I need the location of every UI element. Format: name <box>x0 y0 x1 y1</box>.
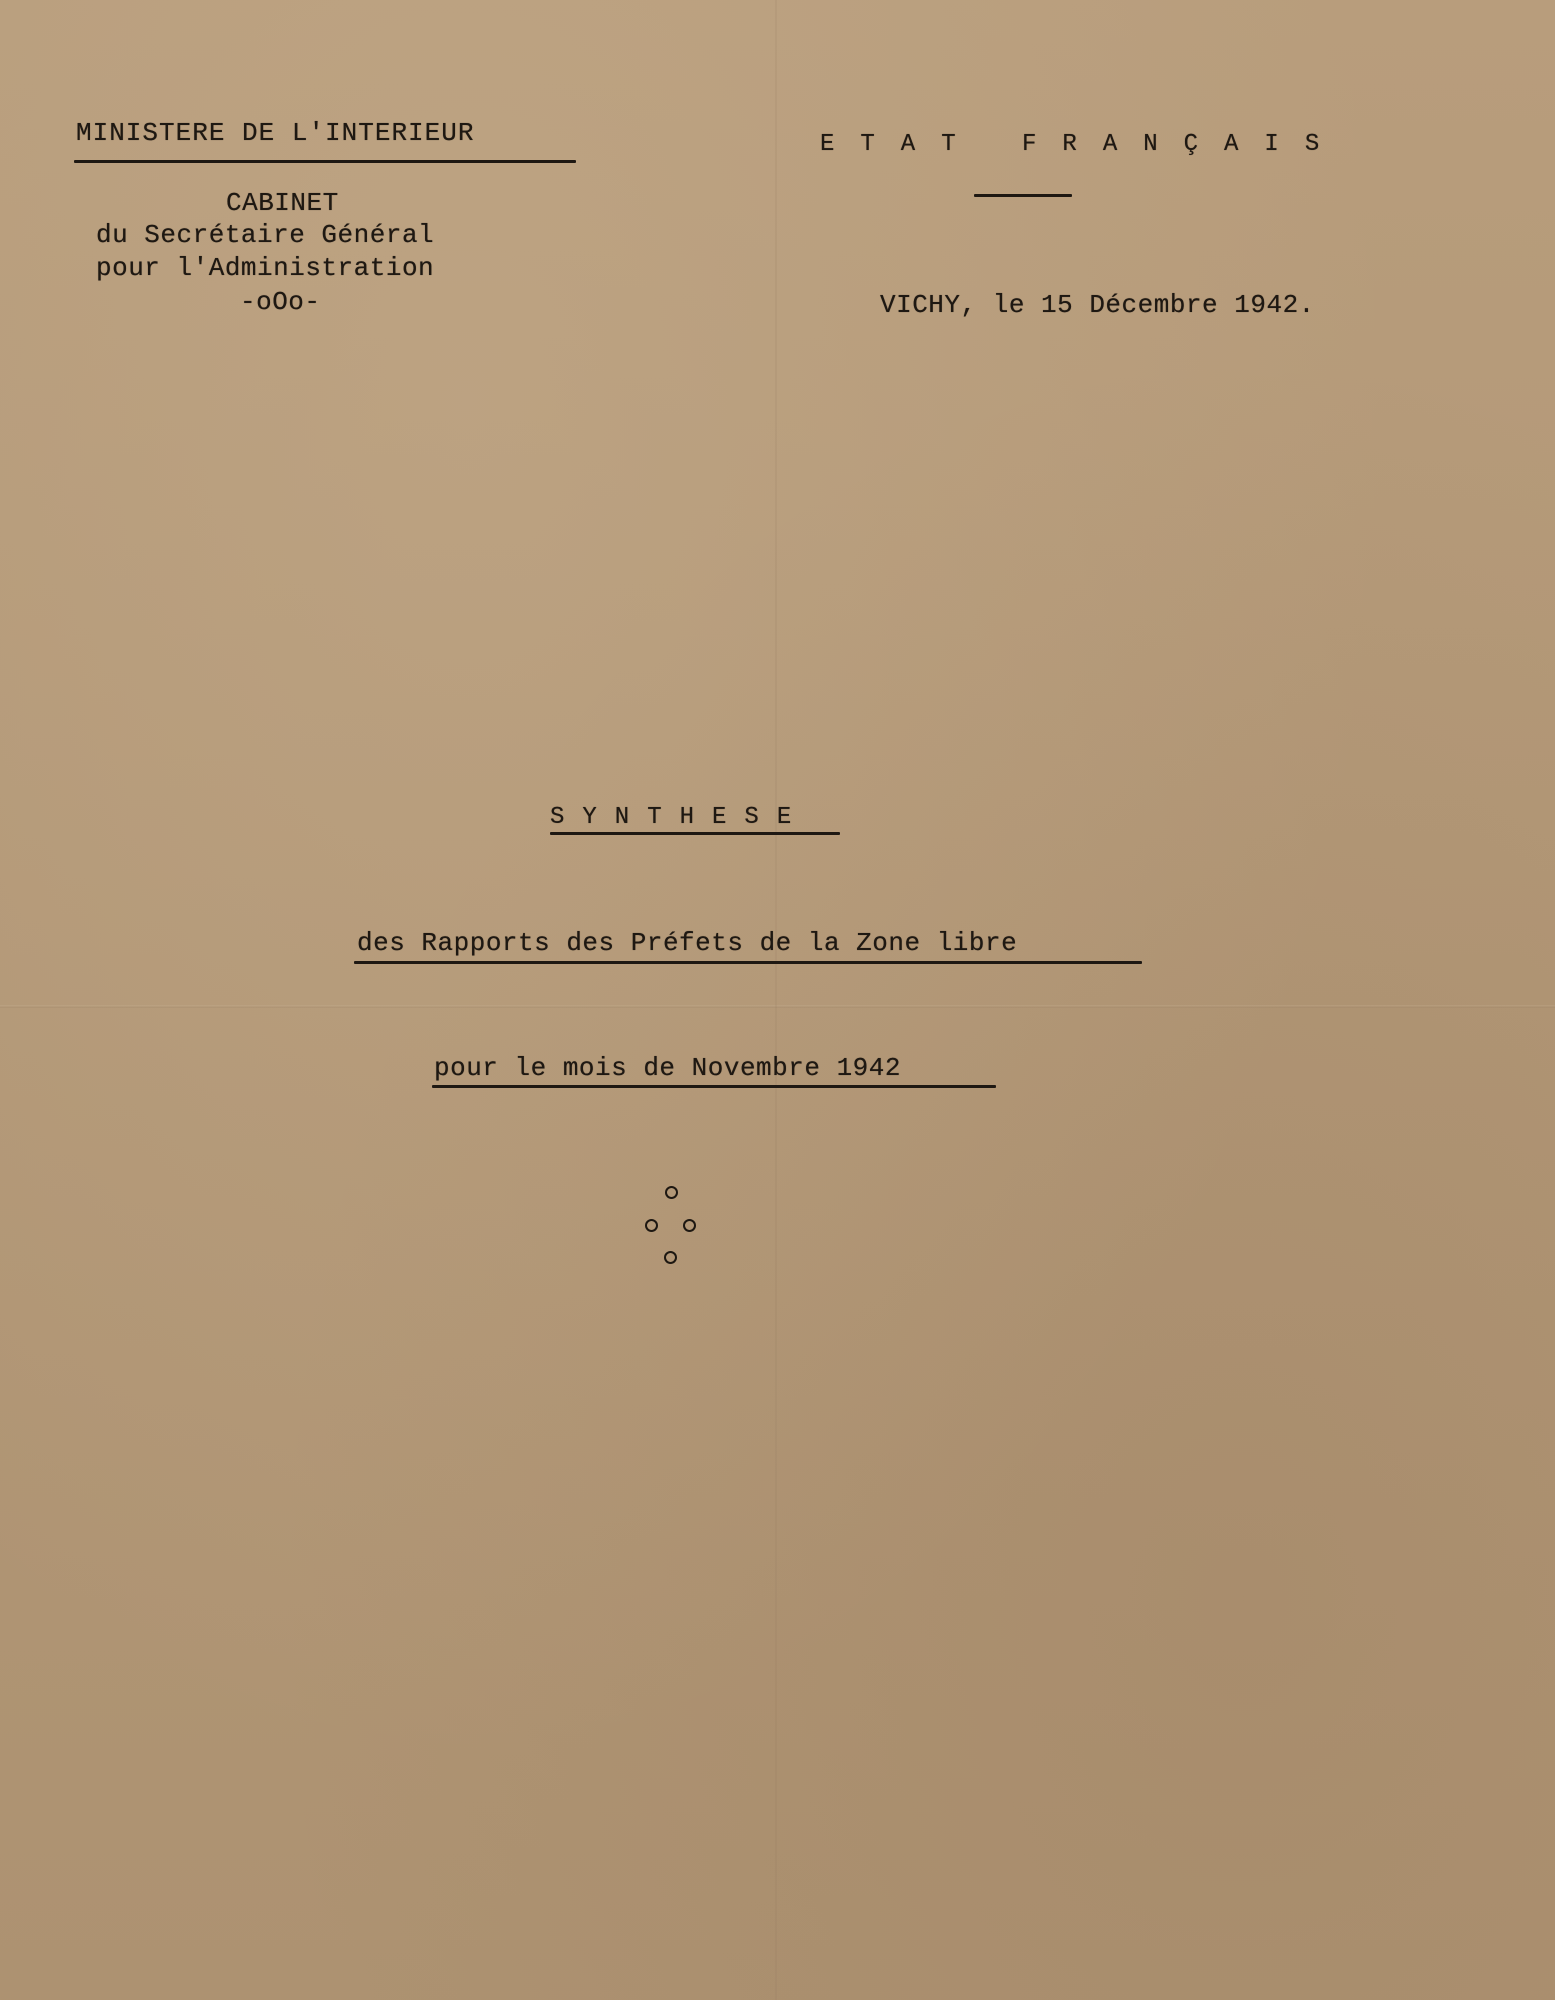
ring-icon <box>645 1219 658 1232</box>
place-date: VICHY, le 15 Décembre 1942. <box>880 290 1315 320</box>
state-heading: ETAT FRANÇAIS <box>820 130 1345 160</box>
state-underline <box>974 194 1072 197</box>
secretaire-general-label: du Secrétaire Général <box>96 220 434 250</box>
ministry-underline <box>74 160 576 163</box>
document-period: pour le mois de Novembre 1942 <box>434 1053 901 1083</box>
ring-icon <box>665 1186 678 1199</box>
ring-icon <box>683 1219 696 1232</box>
period-underline <box>432 1085 996 1088</box>
paper-fold-horizontal <box>0 1005 1555 1008</box>
cabinet-label: CABINET <box>226 188 339 218</box>
ministry-heading: MINISTERE DE L'INTERIEUR <box>76 118 474 148</box>
subtitle-underline <box>354 961 1142 964</box>
header-ornament: -oOo- <box>240 287 321 317</box>
document-subtitle: des Rapports des Préfets de la Zone libr… <box>357 928 1017 958</box>
paper-fold-vertical <box>775 0 777 2000</box>
title-underline <box>550 832 840 835</box>
document-title: SYNTHESE <box>550 803 809 833</box>
paper-background <box>0 0 1555 2000</box>
ring-icon <box>664 1251 677 1264</box>
administration-label: pour l'Administration <box>96 253 434 283</box>
